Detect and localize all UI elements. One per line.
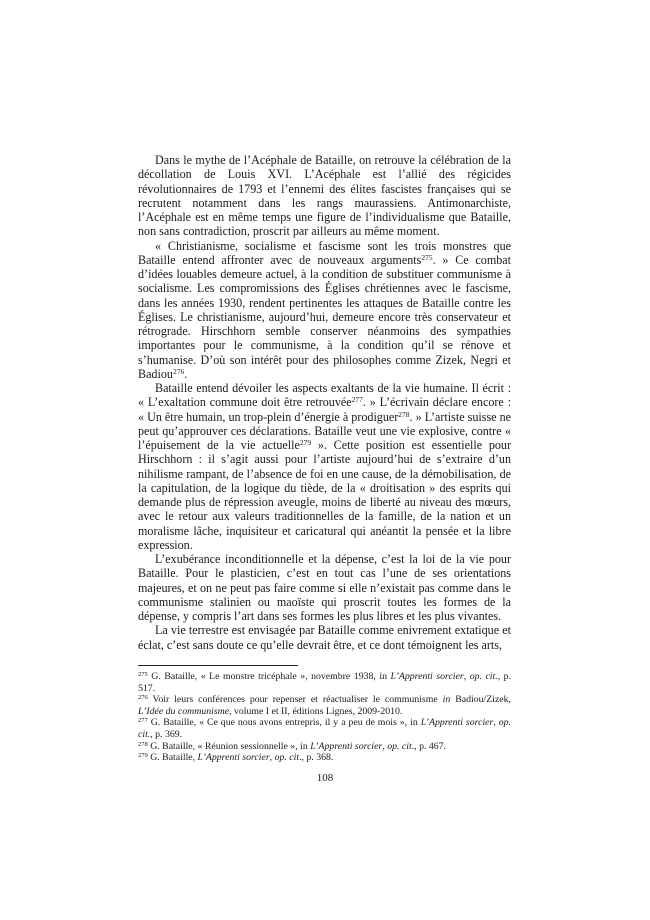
body-text: Dans le mythe de l’Acéphale de Bataille,… [138, 153, 511, 652]
footnote-ref[interactable]: 279 [300, 438, 311, 447]
document-page: Dans le mythe de l’Acéphale de Bataille,… [0, 0, 650, 920]
footnote-number: 277 [138, 717, 148, 724]
paragraph: L’exubérance inconditionnelle et la dépe… [138, 552, 511, 623]
paragraph: Bataille entend dévoiler les aspects exa… [138, 381, 511, 552]
italic-text: L’Apprenti sorcier [198, 752, 270, 763]
footnote-number: 276 [138, 694, 148, 701]
footnote-ref[interactable]: 277 [352, 395, 363, 404]
italic-text: op. cit [387, 741, 412, 752]
page-number: 108 [0, 772, 650, 784]
italic-text: L’Apprenti sorcier [421, 717, 494, 728]
footnote: 278 G. Bataille, « Réunion sessionnelle … [138, 741, 511, 753]
italic-text: op. cit [275, 752, 300, 763]
paragraph: Dans le mythe de l’Acéphale de Bataille,… [138, 153, 511, 239]
footnote: 277 G. Bataille, « Ce que nous avons ent… [138, 717, 511, 740]
footnote-separator [138, 665, 298, 666]
footnote-ref[interactable]: 278 [398, 410, 409, 419]
paragraph: La vie terrestre est envisagée par Batai… [138, 623, 511, 652]
italic-text: L’Apprenti sorcier [391, 671, 464, 682]
footnote: 276 Voir leurs conférences pour repenser… [138, 694, 511, 717]
footnote: 279 G. Bataille, L’Apprenti sorcier, op.… [138, 752, 511, 764]
footnote: 275 G. Bataille, « Le monstre tricéphale… [138, 671, 511, 694]
italic-text: L’Apprenti sorcier [310, 741, 382, 752]
italic-text: in [443, 694, 451, 705]
footnote-number: 279 [138, 752, 148, 759]
italic-text: op. cit. [470, 671, 498, 682]
footnote-number: 278 [138, 741, 148, 748]
footnote-ref[interactable]: 275 [421, 253, 432, 262]
footnote-number: 275 [138, 671, 148, 678]
footnote-ref[interactable]: 276 [173, 367, 184, 376]
italic-text: L’Idée du communisme [138, 706, 229, 717]
footnotes: 275 G. Bataille, « Le monstre tricéphale… [138, 671, 511, 764]
paragraph: « Christianisme, socialisme et fascisme … [138, 239, 511, 382]
